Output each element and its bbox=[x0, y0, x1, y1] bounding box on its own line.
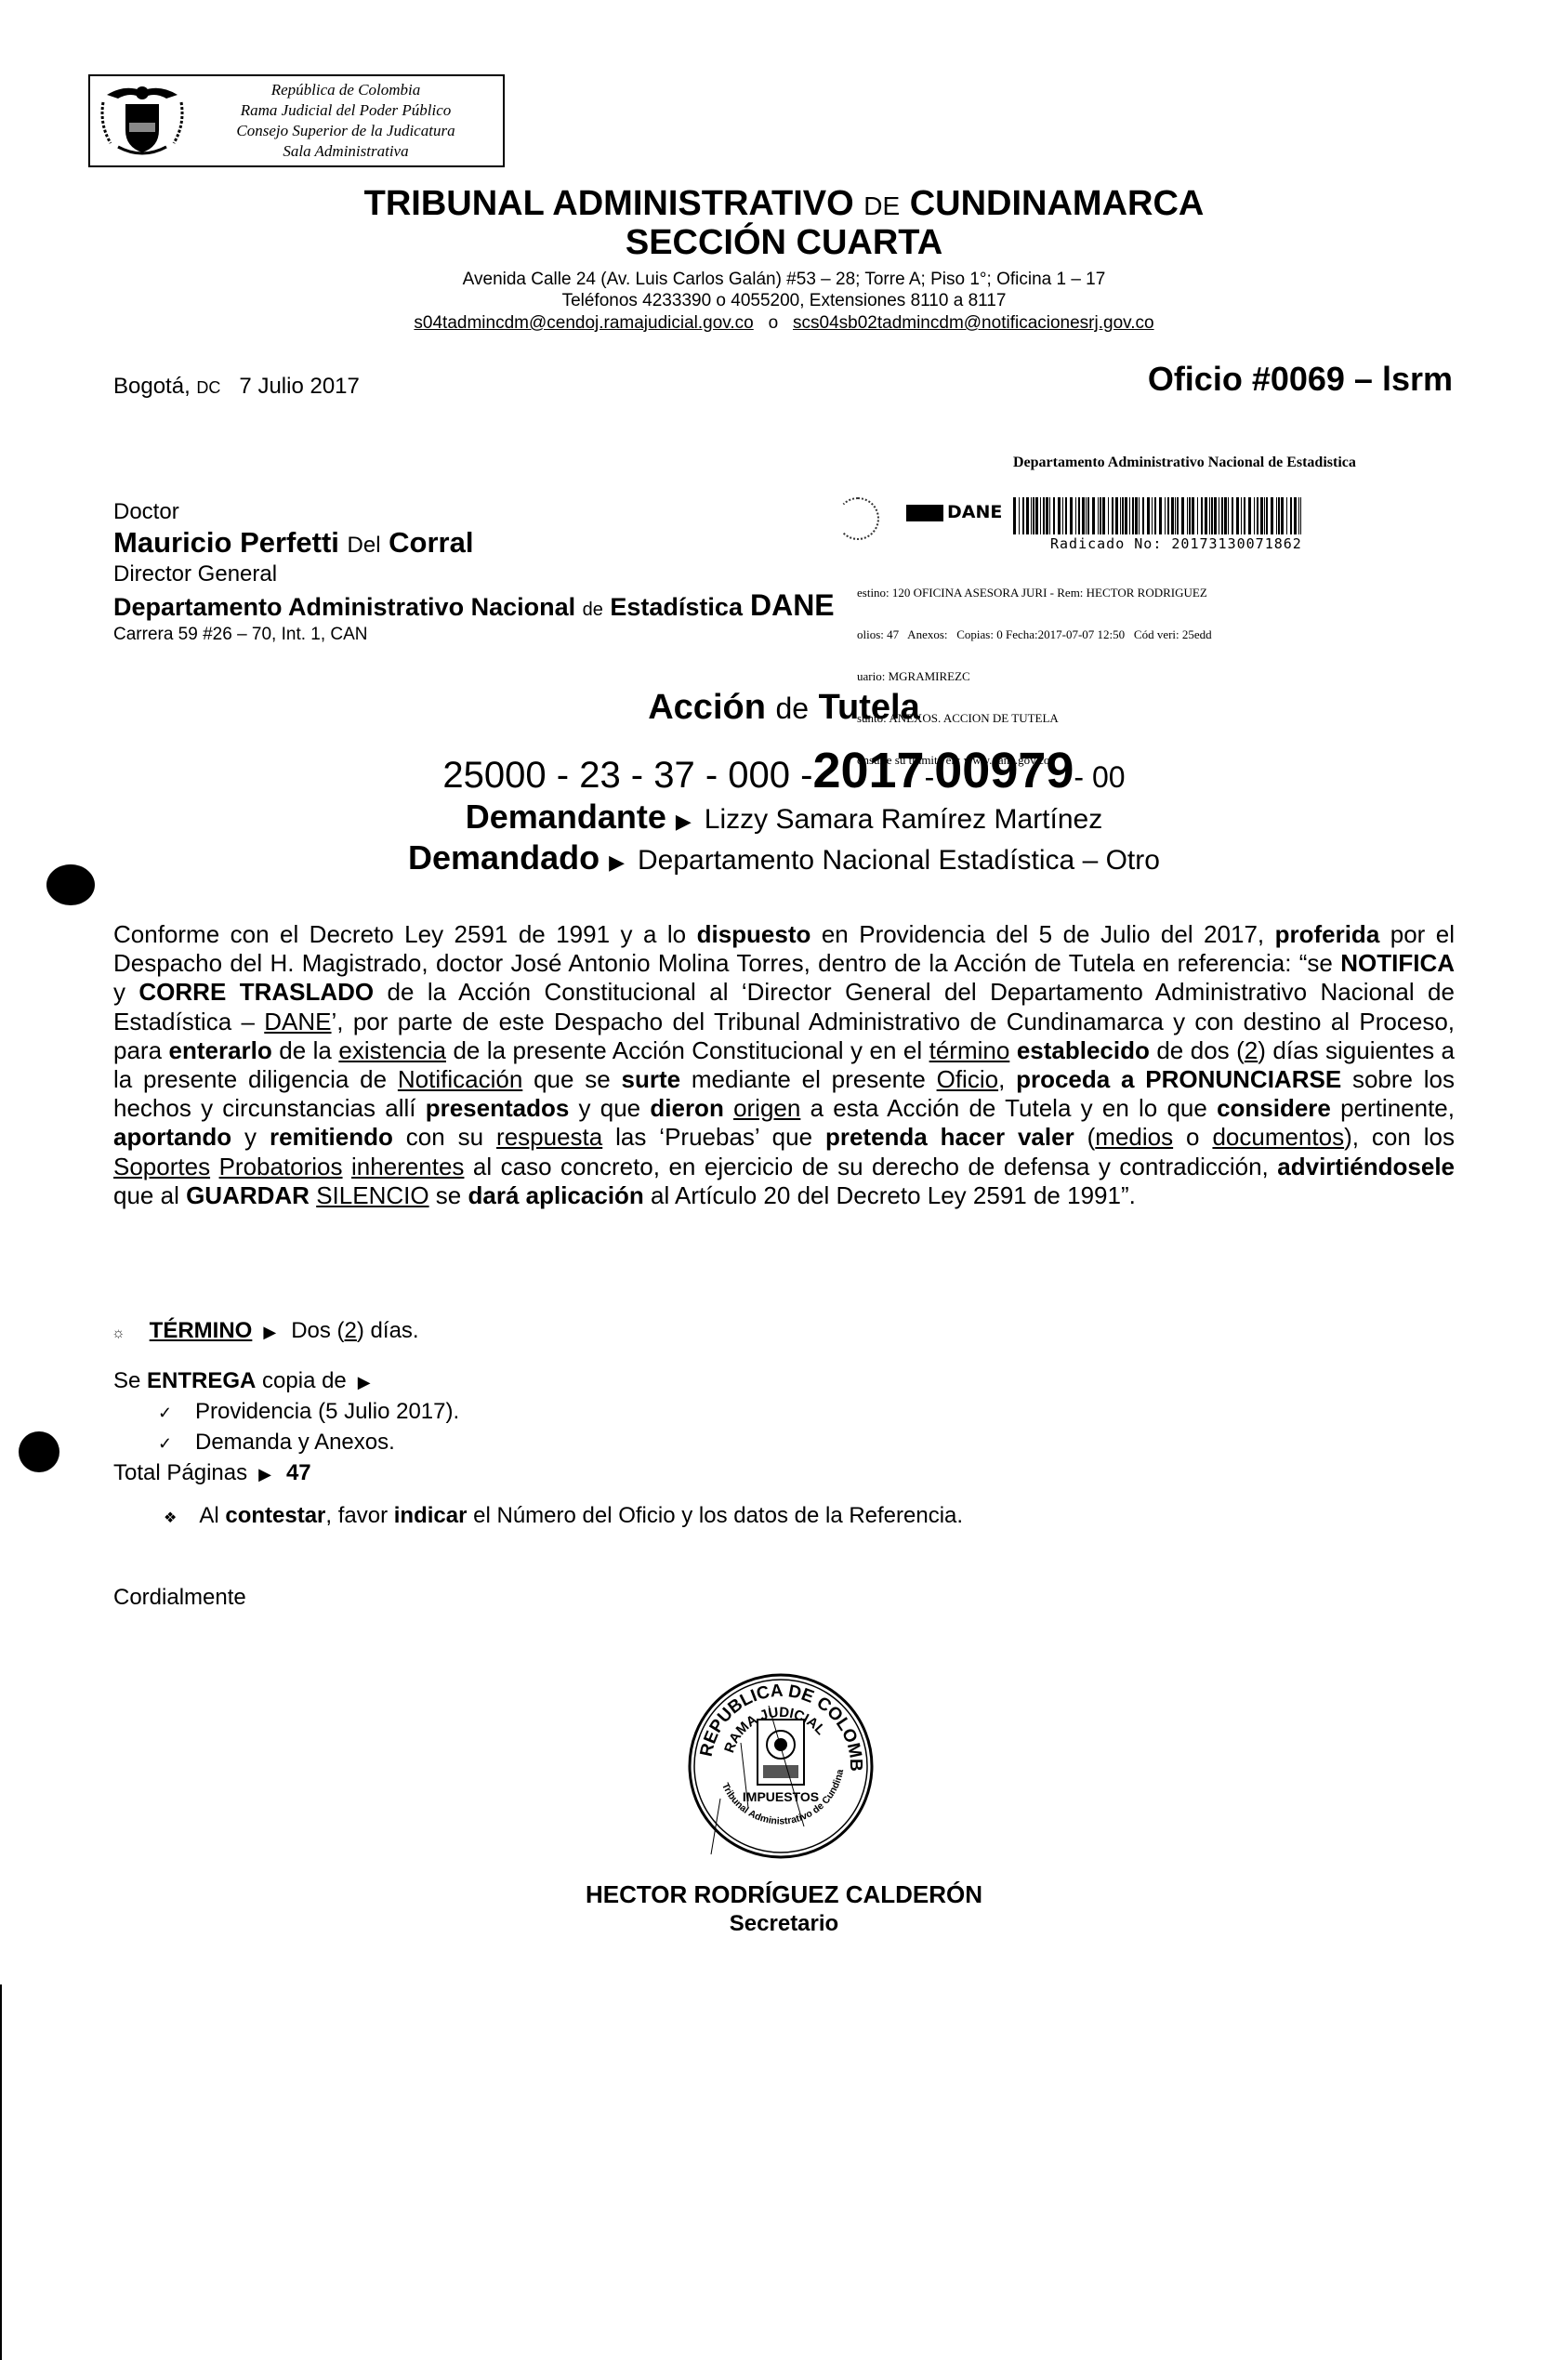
recipient-title: Director General bbox=[113, 561, 277, 587]
body-paragraph: Conforme con el Decreto Ley 2591 de 1991… bbox=[113, 920, 1455, 1210]
signer-role: Secretario bbox=[0, 1911, 1568, 1937]
arrow-right-icon: ▶ bbox=[258, 1465, 271, 1483]
oficio-number: Oficio #0069 – lsrm bbox=[1148, 360, 1453, 399]
arrow-right-icon: ▶ bbox=[609, 850, 625, 874]
svg-text:IMPUESTOS: IMPUESTOS bbox=[743, 1789, 819, 1804]
dane-logo: DANE bbox=[906, 502, 1002, 522]
judiciary-badge: República de Colombia Rama Judicial del … bbox=[88, 74, 505, 167]
official-seal: REPUBLICA DE COLOMBIA RAMA JUDICIAL IMPU… bbox=[683, 1668, 878, 1864]
plaintiff: Demandante▶Lizzy Samara Ramírez Martínez bbox=[0, 798, 1568, 837]
reply-note: ❖Al contestar, favor indicar el Número d… bbox=[164, 1503, 963, 1529]
court-phones: Teléfonos 4233390 o 4055200, Extensiones… bbox=[0, 291, 1568, 311]
court-section: SECCIÓN CUARTA bbox=[0, 223, 1568, 263]
arrow-right-icon: ▶ bbox=[358, 1373, 371, 1391]
barcode bbox=[1013, 497, 1301, 534]
delivery-item: ✓Providencia (5 Julio 2017). bbox=[113, 1397, 459, 1428]
check-icon: ✓ bbox=[158, 1398, 195, 1428]
term-line: ☼TÉRMINO▶Dos (2) días. bbox=[112, 1318, 419, 1344]
badge-text: República de Colombia Rama Judicial del … bbox=[197, 80, 494, 162]
stamp-entity: Departamento Administrativo Nacional de … bbox=[1013, 455, 1403, 469]
coat-of-arms-icon bbox=[98, 82, 187, 160]
check-icon: ✓ bbox=[158, 1429, 195, 1458]
radicado-number: Radicado No: 20173130071862 bbox=[1050, 535, 1302, 552]
total-pages: Total Páginas▶47 bbox=[113, 1458, 459, 1489]
court-emails: s04tadmincdm@cendoj.ramajudicial.gov.co … bbox=[0, 313, 1568, 334]
recipient-address: Carrera 59 #26 – 70, Int. 1, CAN bbox=[113, 625, 368, 645]
recipient-department: Departamento Administrativo Nacional de … bbox=[113, 588, 835, 623]
case-type: Acción de Tutela bbox=[0, 688, 1568, 728]
recipient-name: Mauricio Perfetti Del Corral bbox=[113, 526, 473, 560]
stamp-seal-icon bbox=[837, 497, 879, 540]
court-name: TRIBUNAL ADMINISTRATIVO DE CUNDINAMARCA bbox=[0, 184, 1568, 224]
court-address: Avenida Calle 24 (Av. Luis Carlos Galán)… bbox=[0, 270, 1568, 290]
delivery-block: Se ENTREGA copia de▶ ✓Providencia (5 Jul… bbox=[113, 1366, 459, 1489]
closing: Cordialmente bbox=[113, 1585, 246, 1611]
signer-name: HECTOR RODRÍGUEZ CALDERÓN bbox=[0, 1880, 1568, 1909]
email-link-1[interactable]: s04tadmincdm@cendoj.ramajudicial.gov.co bbox=[414, 313, 753, 333]
delivery-item: ✓Demanda y Anexos. bbox=[113, 1428, 459, 1458]
letter-date: Bogotá, DC 7 Julio 2017 bbox=[113, 374, 360, 400]
scan-edge-line bbox=[0, 1984, 2, 2360]
sun-bullet-icon: ☼ bbox=[112, 1325, 125, 1341]
punch-hole bbox=[19, 1431, 59, 1472]
email-link-2[interactable]: scs04sb02tadmincdm@notificacionesrj.gov.… bbox=[793, 313, 1154, 333]
diamond-bullet-icon: ❖ bbox=[164, 1510, 177, 1526]
arrow-right-icon: ▶ bbox=[263, 1323, 276, 1341]
case-number: 25000 - 23 - 37 - 000 -2017-00979- 00 bbox=[0, 742, 1568, 799]
delivery-heading: Se ENTREGA copia de▶ bbox=[113, 1366, 459, 1397]
defendant: Demandado▶Departamento Nacional Estadíst… bbox=[0, 838, 1568, 877]
recipient-salutation: Doctor bbox=[113, 499, 179, 525]
arrow-right-icon: ▶ bbox=[676, 810, 692, 833]
